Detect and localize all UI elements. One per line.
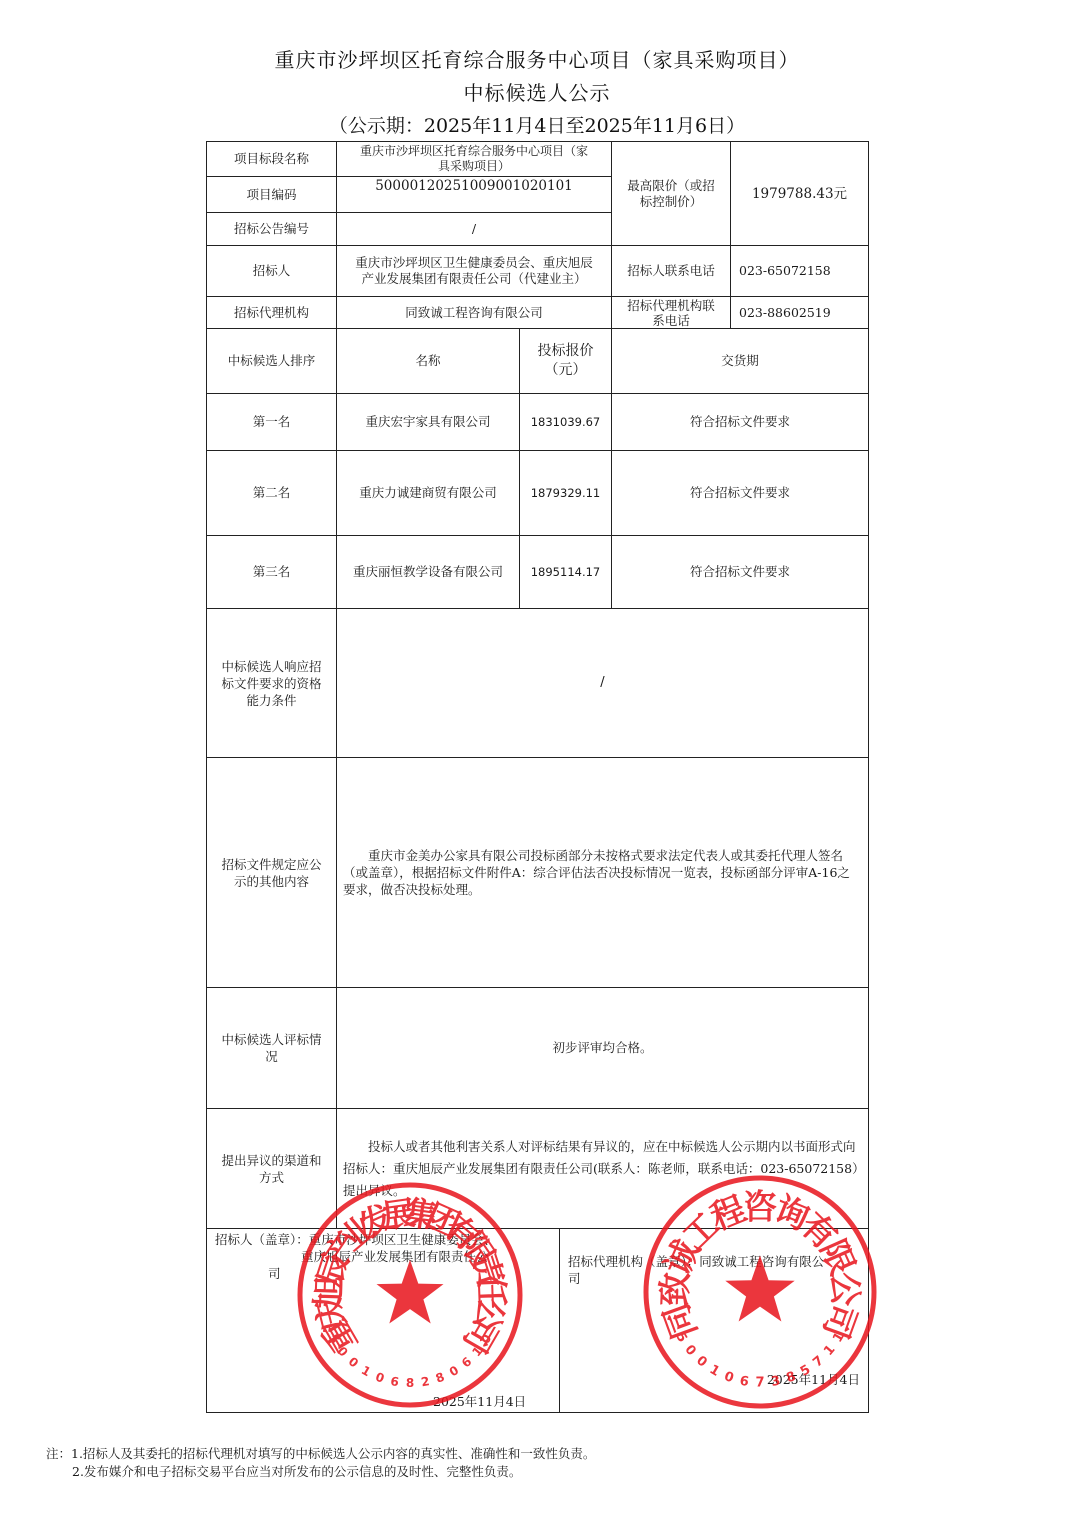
publicity-period: （公示期：2025年11月4日至2025年11月6日）	[0, 111, 1074, 138]
header-price: 投标报价（元）	[519, 328, 612, 394]
agency-value: 同致诚工程咨询有限公司	[336, 296, 612, 329]
evaluation-label: 中标候选人评标情况	[206, 987, 337, 1109]
evaluation-value: 初步评审均合格。	[336, 987, 869, 1109]
candidate-rank: 第三名	[206, 535, 337, 609]
tenderer-value: 重庆市沙坪坝区卫生健康委员会、重庆旭辰产业发展集团有限责任公司（代建业主）	[336, 245, 612, 297]
tenderer-phone-label: 招标人联系电话	[611, 245, 731, 297]
candidate-price: 1831039.67	[519, 393, 612, 451]
tenderer-sign-date: 2025年11月4日	[433, 1393, 526, 1410]
candidate-price: 1895114.17	[519, 535, 612, 609]
candidate-name: 重庆丽恒教学设备有限公司	[336, 535, 520, 609]
header-delivery: 交货期	[611, 328, 869, 394]
qualification-value: /	[336, 608, 869, 758]
other-content-label: 招标文件规定应公示的其他内容	[206, 757, 337, 988]
objection-value: 投标人或者其他利害关系人对评标结果有异议的，应在中标候选人公示期内以书面形式向招…	[336, 1108, 869, 1229]
candidate-rank: 第二名	[206, 450, 337, 536]
project-code-value: 50000120251009001020101	[336, 176, 612, 213]
header-name: 名称	[336, 328, 520, 394]
project-code-label: 项目编码	[206, 176, 337, 213]
agency-signature-block: 招标代理机构（盖章）：同致诚工程咨询有限公 司 2025年11月4日	[559, 1228, 869, 1413]
note-2: 2.发布媒介和电子招标交易平台应当对所发布的公示信息的及时性、完整性负责。	[46, 1463, 595, 1481]
tenderer-seal-label: 招标人（盖章）：重庆市沙坪坝区卫生健康委员会、	[215, 1231, 551, 1248]
objection-text: 投标人或者其他利害关系人对评标结果有异议的，应在中标候选人公示期内以书面形式向招…	[343, 1136, 860, 1202]
tenderer-label: 招标人	[206, 245, 337, 297]
section-name-value: 重庆市沙坪坝区托育综合服务中心项目（家具采购项目）	[336, 141, 612, 177]
candidate-price: 1879329.11	[519, 450, 612, 536]
announcement-no-label: 招标公告编号	[206, 212, 337, 246]
other-content-text: 重庆市金美办公家具有限公司投标函部分未按格式要求法定代表人或其委托代理人签名（或…	[343, 847, 860, 898]
agency-label: 招标代理机构	[206, 296, 337, 329]
other-content-value: 重庆市金美办公家具有限公司投标函部分未按格式要求法定代表人或其委托代理人签名（或…	[336, 757, 869, 988]
agency-seal-label: 招标代理机构（盖章）：同致诚工程咨询有限公	[568, 1253, 860, 1270]
candidate-delivery: 符合招标文件要求	[611, 393, 869, 451]
header-rank: 中标候选人排序	[206, 328, 337, 394]
max-price-label: 最高限价（或招标控制价）	[611, 141, 731, 246]
tenderer-seal-label-line2: 重庆旭辰产业发展集团有限责任公	[215, 1248, 551, 1265]
candidate-delivery: 符合招标文件要求	[611, 535, 869, 609]
document-title: 重庆市沙坪坝区托育综合服务中心项目（家具采购项目）	[0, 44, 1074, 73]
agency-phone-value: 023-88602519	[730, 296, 869, 329]
note-1: 注：1.招标人及其委托的招标代理机对填写的中标候选人公示内容的真实性、准确性和一…	[46, 1445, 595, 1463]
agency-phone-label: 招标代理机构联系电话	[611, 296, 731, 329]
footnotes: 注：1.招标人及其委托的招标代理机对填写的中标候选人公示内容的真实性、准确性和一…	[46, 1445, 595, 1481]
document-subtitle: 中标候选人公示	[0, 77, 1074, 106]
qualification-label: 中标候选人响应招标文件要求的资格能力条件	[206, 608, 337, 758]
candidate-delivery: 符合招标文件要求	[611, 450, 869, 536]
tenderer-phone-value: 023-65072158	[730, 245, 869, 297]
candidate-name: 重庆宏宇家具有限公司	[336, 393, 520, 451]
candidate-rank: 第一名	[206, 393, 337, 451]
objection-label: 提出异议的渠道和方式	[206, 1108, 337, 1229]
announcement-no-value: /	[336, 212, 612, 246]
tenderer-signature-block: 招标人（盖章）：重庆市沙坪坝区卫生健康委员会、 重庆旭辰产业发展集团有限责任公 …	[206, 1228, 560, 1413]
section-name-label: 项目标段名称	[206, 141, 337, 177]
agency-sign-date: 2025年11月4日	[767, 1371, 860, 1388]
max-price-value: 1979788.43元	[730, 141, 869, 246]
candidate-name: 重庆力诚建商贸有限公司	[336, 450, 520, 536]
tenderer-seal-label-line3: 司	[215, 1265, 551, 1282]
agency-seal-label-line2: 司	[568, 1270, 860, 1287]
